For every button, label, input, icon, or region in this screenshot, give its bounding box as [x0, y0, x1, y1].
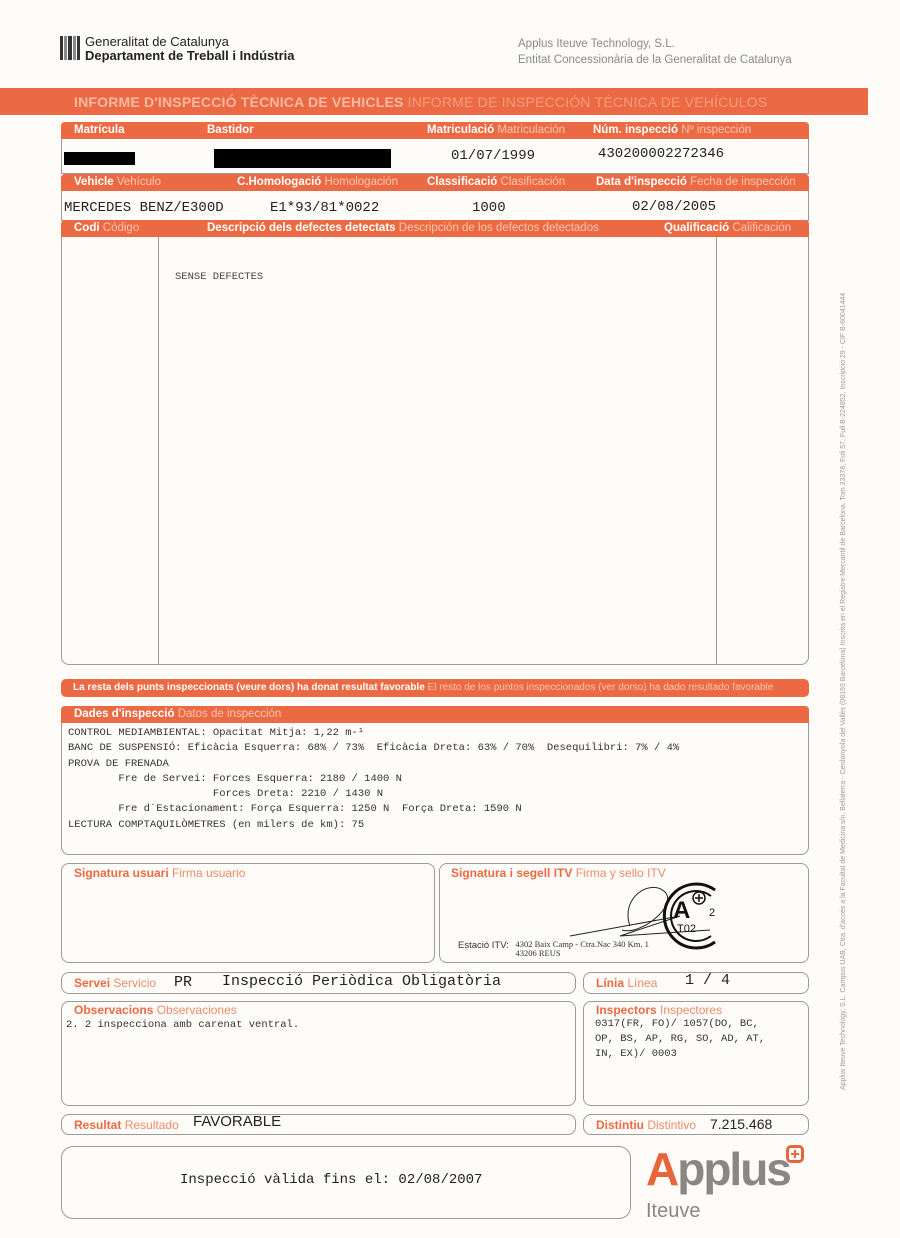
svg-text:T02: T02 — [677, 923, 696, 935]
inspection-data-label: Dades d'inspecció Datos de inspección — [74, 706, 281, 723]
classification-value: 1000 — [472, 200, 506, 216]
observations-label: Observacions Observaciones — [74, 1003, 237, 1017]
svg-text:2: 2 — [709, 907, 715, 919]
report-title-ca: INFORME D'INSPECCIÓ TÈCNICA DE VEHICLES — [74, 94, 404, 110]
company-header: Applus Iteuve Technology, S.L. Entitat C… — [518, 36, 792, 68]
distinctive-label: Distintiu Distintivo — [596, 1118, 696, 1132]
company-name: Applus Iteuve Technology, S.L. — [518, 36, 792, 52]
generalitat-logo-icon — [60, 36, 80, 60]
department-name: Departament de Treball i Indústria — [85, 49, 295, 63]
registration-date-label: Matriculació Matriculación — [427, 122, 565, 139]
svg-text:A: A — [673, 897, 690, 924]
plate-redacted — [64, 152, 135, 165]
favorable-note-es: El resto de los puntos inspeccionados (v… — [428, 682, 774, 693]
homologation-value: E1*93/81*0022 — [270, 200, 379, 216]
line-label: Línia Línea — [596, 976, 657, 990]
defects-column-divider — [158, 237, 159, 665]
inspection-data-header-bar: Dades d'inspecció Datos de inspección — [61, 706, 809, 723]
registration-date-value: 01/07/1999 — [451, 148, 535, 164]
favorable-note-bar: La resta dels punts inspeccionats (veure… — [61, 679, 809, 697]
plus-icon — [786, 1145, 804, 1163]
chassis-label: Bastidor — [207, 122, 254, 139]
validity-text: Inspecció vàlida fins el: 02/08/2007 — [180, 1172, 482, 1188]
itv-stamp-icon: A 2 T02 — [655, 878, 731, 954]
inspectors-label: Inspectors Inspectores — [596, 1003, 722, 1017]
station-label: Estació ITV: — [458, 940, 509, 951]
defects-column-divider — [716, 237, 717, 665]
homologation-label: C.Homologació Homologación — [237, 174, 398, 191]
defects-description-label: Descripció dels defectes detectats Descr… — [207, 220, 599, 237]
plate-label: Matrícula — [74, 122, 125, 139]
inspectors-line: OP, BS, AP, RG, SO, AD, AT, — [595, 1032, 765, 1047]
registration-header-bar: Matrícula Bastidor Matriculació Matricul… — [61, 122, 809, 139]
defects-header-bar: Codi Código Descripció dels defectes det… — [61, 220, 809, 237]
line-value: 1 / 4 — [685, 972, 730, 989]
inspectors-list: 0317(FR, FO)/ 1057(DO, BC, OP, BS, AP, R… — [595, 1017, 765, 1062]
inspectors-line: 0317(FR, FO)/ 1057(DO, BC, — [595, 1017, 765, 1032]
distinctive-value: 7.215.468 — [710, 1116, 772, 1132]
inspectors-line: IN, EX)/ 0003 — [595, 1047, 765, 1062]
service-value: Inspecció Periòdica Obligatòria — [222, 973, 501, 990]
station-address: 4302 Baix Camp - Ctra.Nac 340 Km. 143206… — [516, 940, 649, 958]
inspection-date-label: Data d'inspecció Fecha de inspección — [596, 174, 796, 191]
chassis-redacted — [214, 149, 391, 168]
applus-logo: Applus — [646, 1142, 790, 1196]
favorable-note-ca: La resta dels punts inspeccionats (veure… — [73, 682, 425, 693]
vehicle-label: Vehicle Vehículo — [74, 174, 161, 191]
applus-logo-subtitle: Iteuve — [646, 1200, 700, 1223]
inspection-data-lines: CONTROL MEDIAMBIENTAL: Opacitat Mitja: 1… — [68, 726, 679, 833]
result-label: Resultat Resultado — [74, 1118, 179, 1132]
service-code: PR — [174, 974, 192, 991]
vehicle-value: MERCEDES BENZ/E300D — [64, 200, 224, 216]
service-label: Servei Servicio — [74, 976, 156, 990]
report-title: INFORME D'INSPECCIÓ TÈCNICA DE VEHICLES … — [74, 94, 767, 110]
defects-text: SENSE DEFECTES — [175, 271, 263, 283]
classification-label: Classificació Clasificación — [427, 174, 565, 191]
report-title-band: INFORME D'INSPECCIÓ TÈCNICA DE VEHICLES … — [0, 88, 868, 115]
code-label: Codi Código — [74, 220, 139, 237]
government-name: Generalitat de Catalunya — [85, 35, 295, 49]
user-signature-label: Signatura usuari Firma usuario — [74, 866, 245, 880]
company-concession: Entitat Concessionària de la Generalitat… — [518, 52, 792, 68]
inspection-date-value: 02/08/2005 — [632, 199, 716, 215]
inspection-number-value: 430200002272346 — [598, 146, 724, 162]
side-legal-text: Applus Iteuve Technology, S.L. Campus UA… — [840, 293, 847, 1090]
report-title-es: INFORME DE INSPECCIÓN TÉCNICA DE VEHÍCUL… — [408, 94, 768, 110]
itv-station: Estació ITV: 4302 Baix Camp - Ctra.Nac 3… — [458, 940, 649, 958]
observations-text: 2. 2 inspecciona amb carenat ventral. — [66, 1019, 299, 1031]
result-value: FAVORABLE — [193, 1113, 281, 1130]
government-header: Generalitat de Catalunya Departament de … — [85, 35, 295, 63]
vehicle-header-bar: Vehicle Vehículo C.Homologació Homologac… — [61, 174, 809, 191]
inspection-number-label: Núm. inspecció Nº inspección — [593, 122, 751, 139]
defects-table — [61, 237, 809, 665]
qualification-label: Qualificació Calificación — [664, 220, 791, 237]
